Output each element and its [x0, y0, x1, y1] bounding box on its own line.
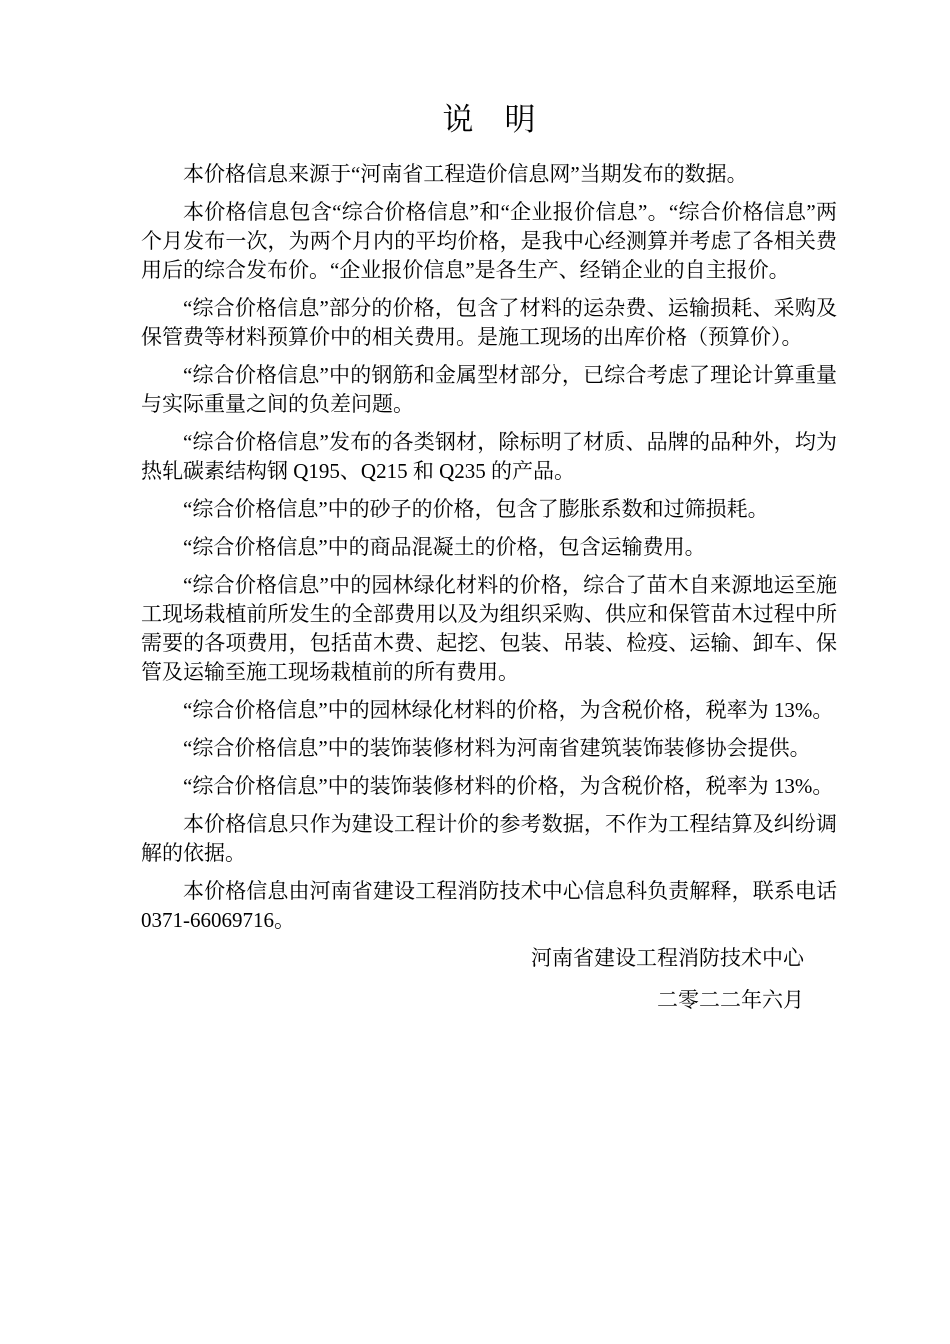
document-page: 说 明 本价格信息来源于“河南省工程造价信息网”当期发布的数据。 本价格信息包含… — [0, 0, 950, 1344]
paragraph-source: 本价格信息来源于“河南省工程造价信息网”当期发布的数据。 — [141, 160, 837, 189]
paragraph-landscaping-tax: “综合价格信息”中的园林绿化材料的价格，为含税价格，税率为 13%。 — [141, 696, 837, 725]
paragraph-steel-grades: “综合价格信息”发布的各类钢材，除标明了材质、品牌的品种外，均为热轧碳素结构钢 … — [141, 428, 837, 486]
paragraph-contact: 本价格信息由河南省建设工程消防技术中心信息科负责解释，联系电话 0371-660… — [141, 877, 837, 935]
document-body: 说 明 本价格信息来源于“河南省工程造价信息网”当期发布的数据。 本价格信息包含… — [141, 98, 837, 1015]
paragraph-comprehensive-price: “综合价格信息”部分的价格，包含了材料的运杂费、运输损耗、采购及保管费等材料预算… — [141, 294, 837, 352]
paragraph-decoration-provider: “综合价格信息”中的装饰装修材料为河南省建筑装饰装修协会提供。 — [141, 734, 837, 763]
page-title: 说 明 — [141, 98, 837, 142]
paragraph-sand: “综合价格信息”中的砂子的价格，包含了膨胀系数和过筛损耗。 — [141, 495, 837, 524]
paragraph-concrete: “综合价格信息”中的商品混凝土的价格，包含运输费用。 — [141, 533, 837, 562]
date-line: 二零二二年六月 — [141, 986, 837, 1015]
signature-line: 河南省建设工程消防技术中心 — [141, 944, 837, 973]
paragraph-disclaimer: 本价格信息只作为建设工程计价的参考数据，不作为工程结算及纠纷调解的依据。 — [141, 810, 837, 868]
paragraph-contents: 本价格信息包含“综合价格信息”和“企业报价信息”。“综合价格信息”两个月发布一次… — [141, 198, 837, 285]
paragraph-landscaping-costs: “综合价格信息”中的园林绿化材料的价格，综合了苗木自来源地运至施工现场栽植前所发… — [141, 571, 837, 687]
paragraph-steel-weight: “综合价格信息”中的钢筋和金属型材部分，已综合考虑了理论计算重量与实际重量之间的… — [141, 361, 837, 419]
paragraph-decoration-tax: “综合价格信息”中的装饰装修材料的价格，为含税价格，税率为 13%。 — [141, 772, 837, 801]
